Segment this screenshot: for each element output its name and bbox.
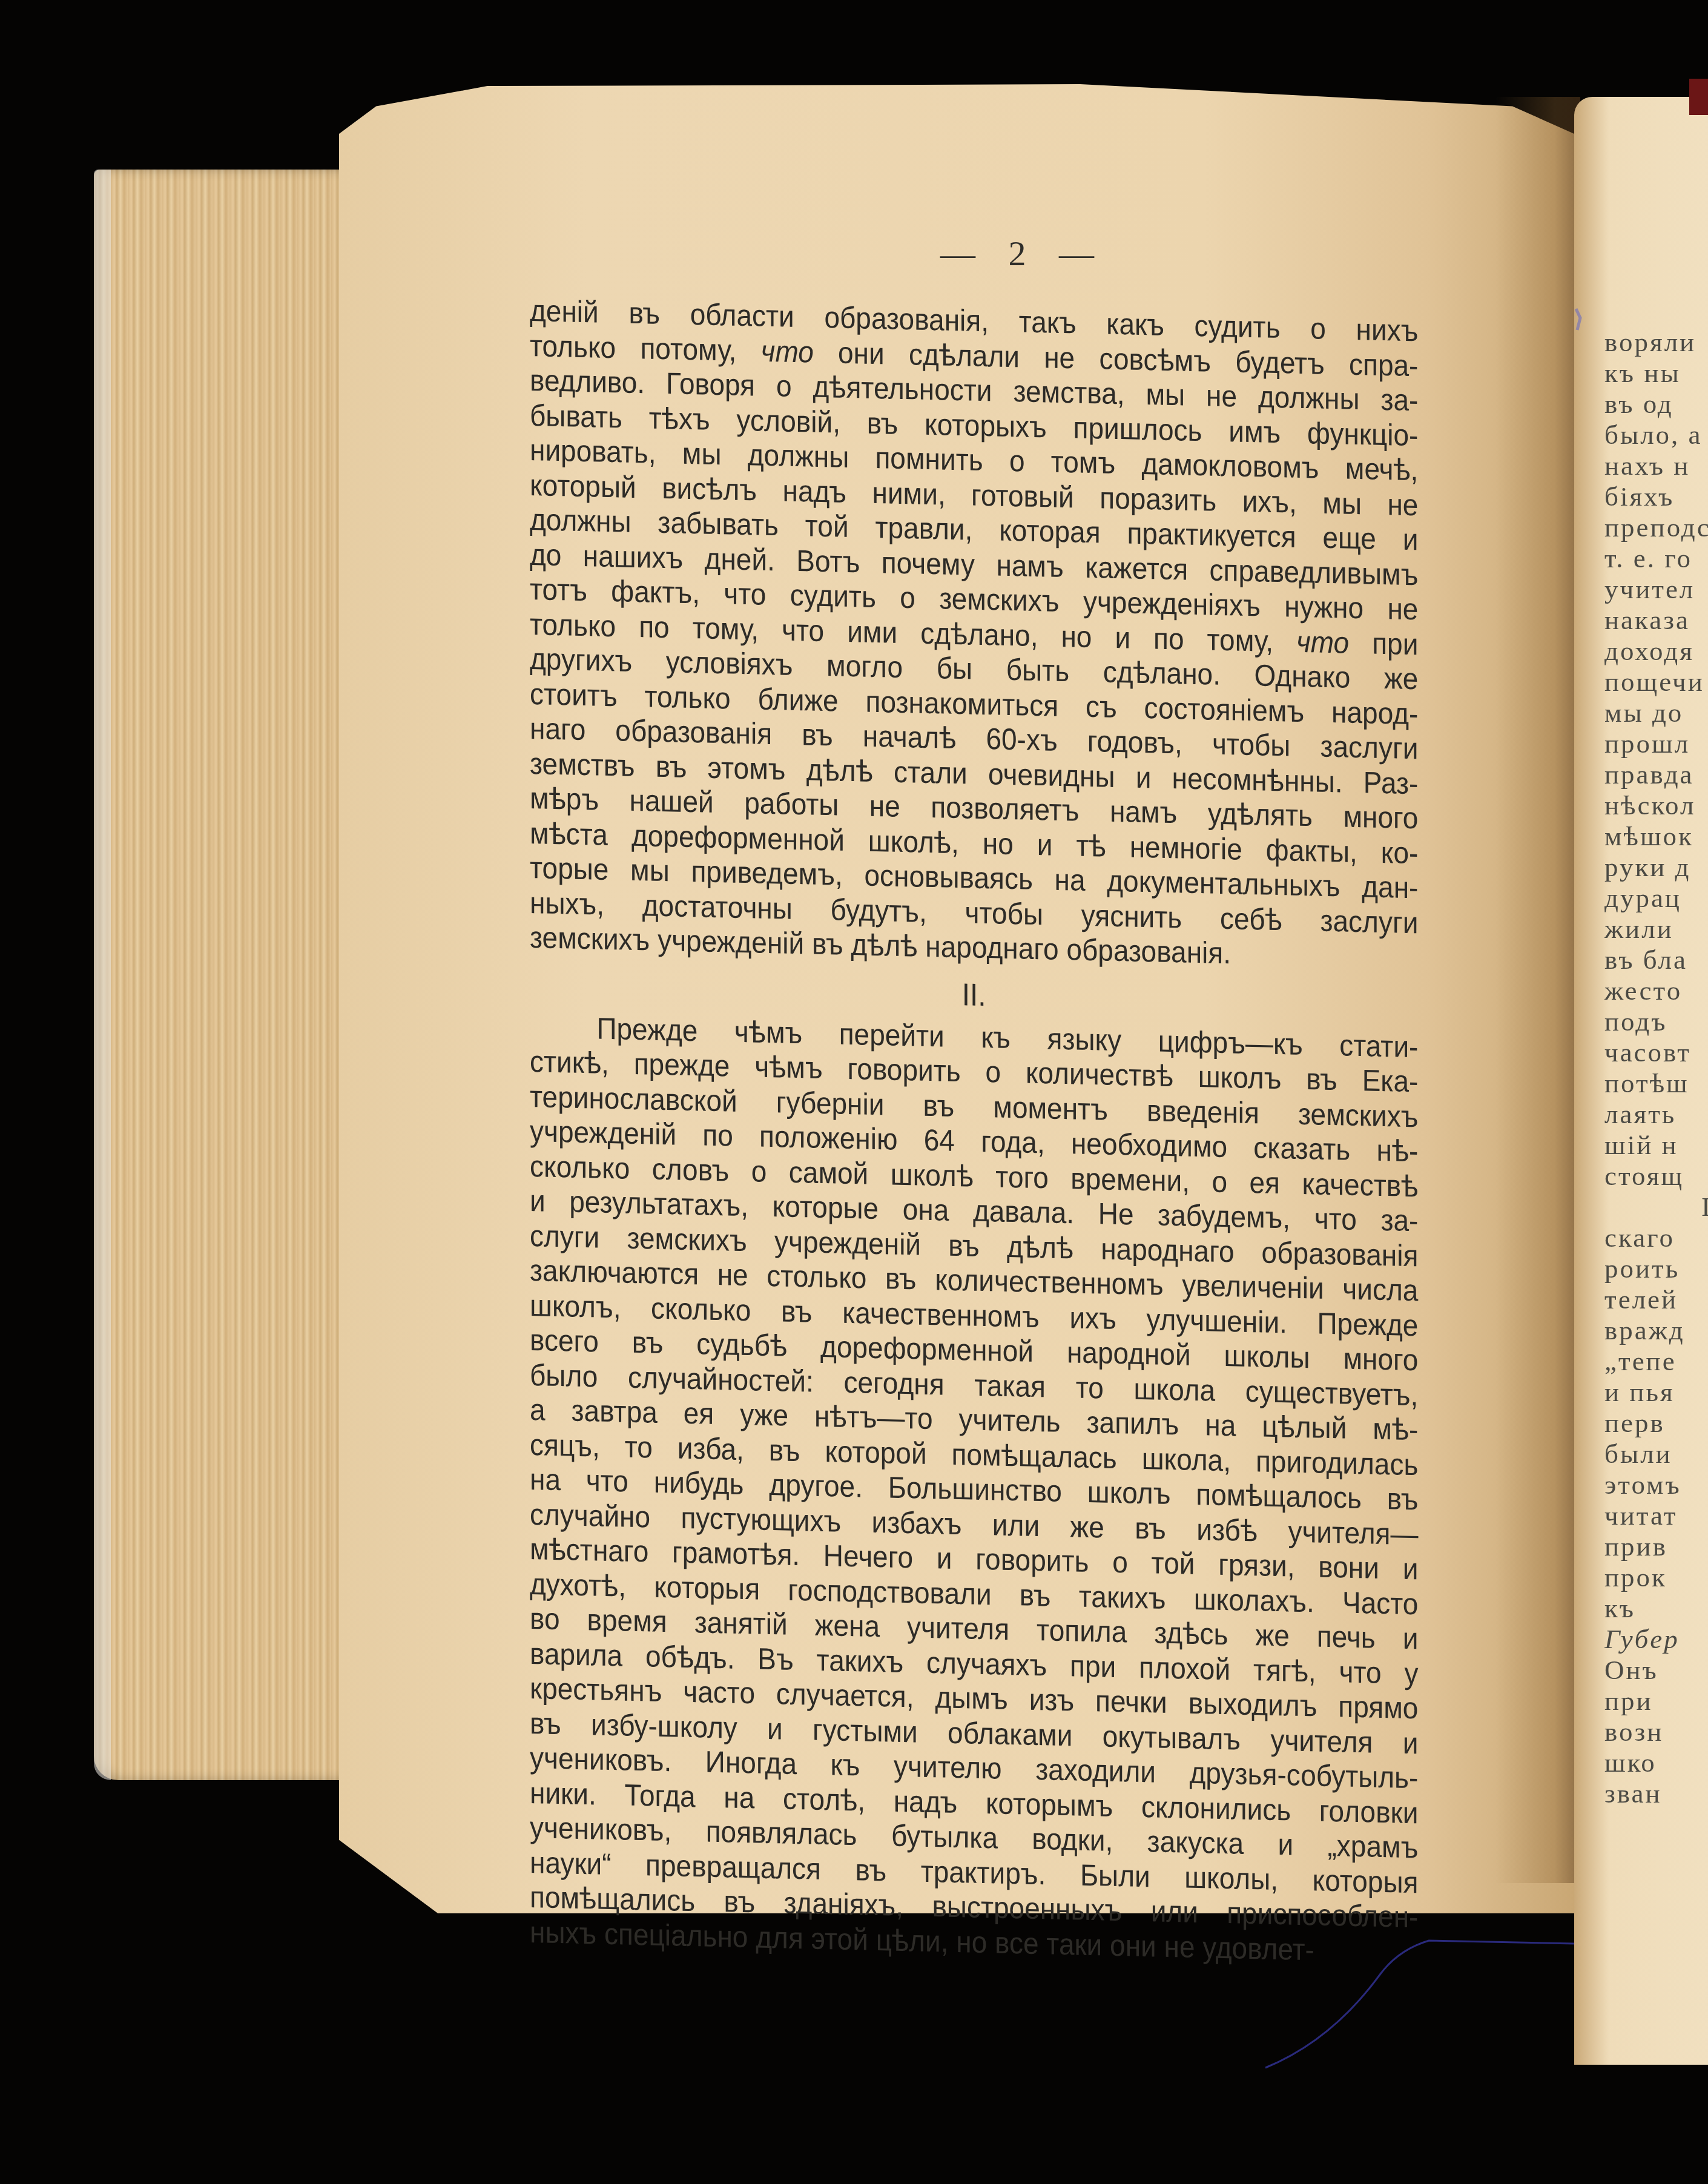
facing-text-line: перв: [1604, 1408, 1708, 1439]
facing-text-line: были: [1604, 1439, 1708, 1470]
facing-text-line: мы до: [1604, 698, 1708, 728]
facing-text-line: читат: [1604, 1500, 1708, 1531]
page-body-text: деній въ области образованія, такъ какъ …: [530, 294, 1418, 1970]
facing-text-line: къ: [1604, 1593, 1708, 1624]
facing-text-line: прок: [1604, 1562, 1708, 1593]
facing-text-line: и пья: [1604, 1377, 1708, 1408]
facing-text-line: I: [1604, 1192, 1708, 1222]
facing-text-line: часовт: [1604, 1037, 1708, 1068]
facing-text-line: телей: [1604, 1284, 1708, 1315]
facing-text-line: нахъ н: [1604, 450, 1708, 481]
facing-text-line: роить: [1604, 1253, 1708, 1284]
facing-text-line: вражд: [1604, 1315, 1708, 1346]
facing-text-line: Онъ: [1604, 1655, 1708, 1686]
book-page-right-facing: воряликъ нывъ одбыло, анахъ нбіяхъпрепод…: [1574, 97, 1708, 2065]
facing-text-line: мѣшок: [1604, 821, 1708, 852]
facing-text-line: прив: [1604, 1531, 1708, 1562]
facing-text-line: біяхъ: [1604, 481, 1708, 512]
facing-text-line: „тепе: [1604, 1346, 1708, 1377]
facing-text-line: жесто: [1604, 975, 1708, 1006]
facing-text-line: Губер: [1604, 1624, 1708, 1655]
page-number: — 2 —: [938, 233, 1108, 274]
facing-text-line: дурац: [1604, 883, 1708, 914]
facing-text-line: руки д: [1604, 852, 1708, 883]
facing-text-line: потѣш: [1604, 1068, 1708, 1099]
facing-text-line: къ ны: [1604, 358, 1708, 389]
facing-text-line: при: [1604, 1686, 1708, 1717]
facing-text-line: учител: [1604, 574, 1708, 605]
facing-text-line: скаго: [1604, 1222, 1708, 1253]
facing-text-line: нѣскол: [1604, 790, 1708, 821]
paragraph-1: деній въ области образованія, такъ какъ …: [530, 294, 1418, 975]
facing-text-line: лаять: [1604, 1099, 1708, 1130]
book-page-edges: [94, 170, 372, 1780]
facing-text-line: этомъ: [1604, 1470, 1708, 1500]
facing-text-line: было, а: [1604, 420, 1708, 450]
cover-edge: [1689, 79, 1708, 115]
facing-text-line: пощечи: [1604, 667, 1708, 698]
facing-text-line: въ бла: [1604, 945, 1708, 975]
facing-text-line: т. е. го: [1604, 543, 1708, 574]
facing-page-partial-text: воряликъ нывъ одбыло, анахъ нбіяхъпрепод…: [1604, 327, 1708, 1809]
facing-text-line: воряли: [1604, 327, 1708, 358]
facing-text-line: шій н: [1604, 1130, 1708, 1161]
facing-text-line: шко: [1604, 1747, 1708, 1778]
facing-text-line: зван: [1604, 1778, 1708, 1809]
facing-text-line: возн: [1604, 1717, 1708, 1747]
facing-text-line: подъ: [1604, 1006, 1708, 1037]
paragraph-2: Прежде чѣмъ перейти къ языку цифръ—къ ст…: [530, 1010, 1418, 1970]
facing-text-line: въ од: [1604, 389, 1708, 420]
italic-word: что: [761, 334, 814, 369]
facing-text-line: доходя: [1604, 636, 1708, 667]
facing-text-line: прошл: [1604, 728, 1708, 759]
facing-text-line: жили: [1604, 914, 1708, 945]
facing-text-line: наказа: [1604, 605, 1708, 636]
facing-text-line: правда: [1604, 759, 1708, 790]
facing-text-line: преподс: [1604, 512, 1708, 543]
italic-word: что: [1296, 624, 1349, 659]
facing-text-line: стоящ: [1604, 1161, 1708, 1192]
